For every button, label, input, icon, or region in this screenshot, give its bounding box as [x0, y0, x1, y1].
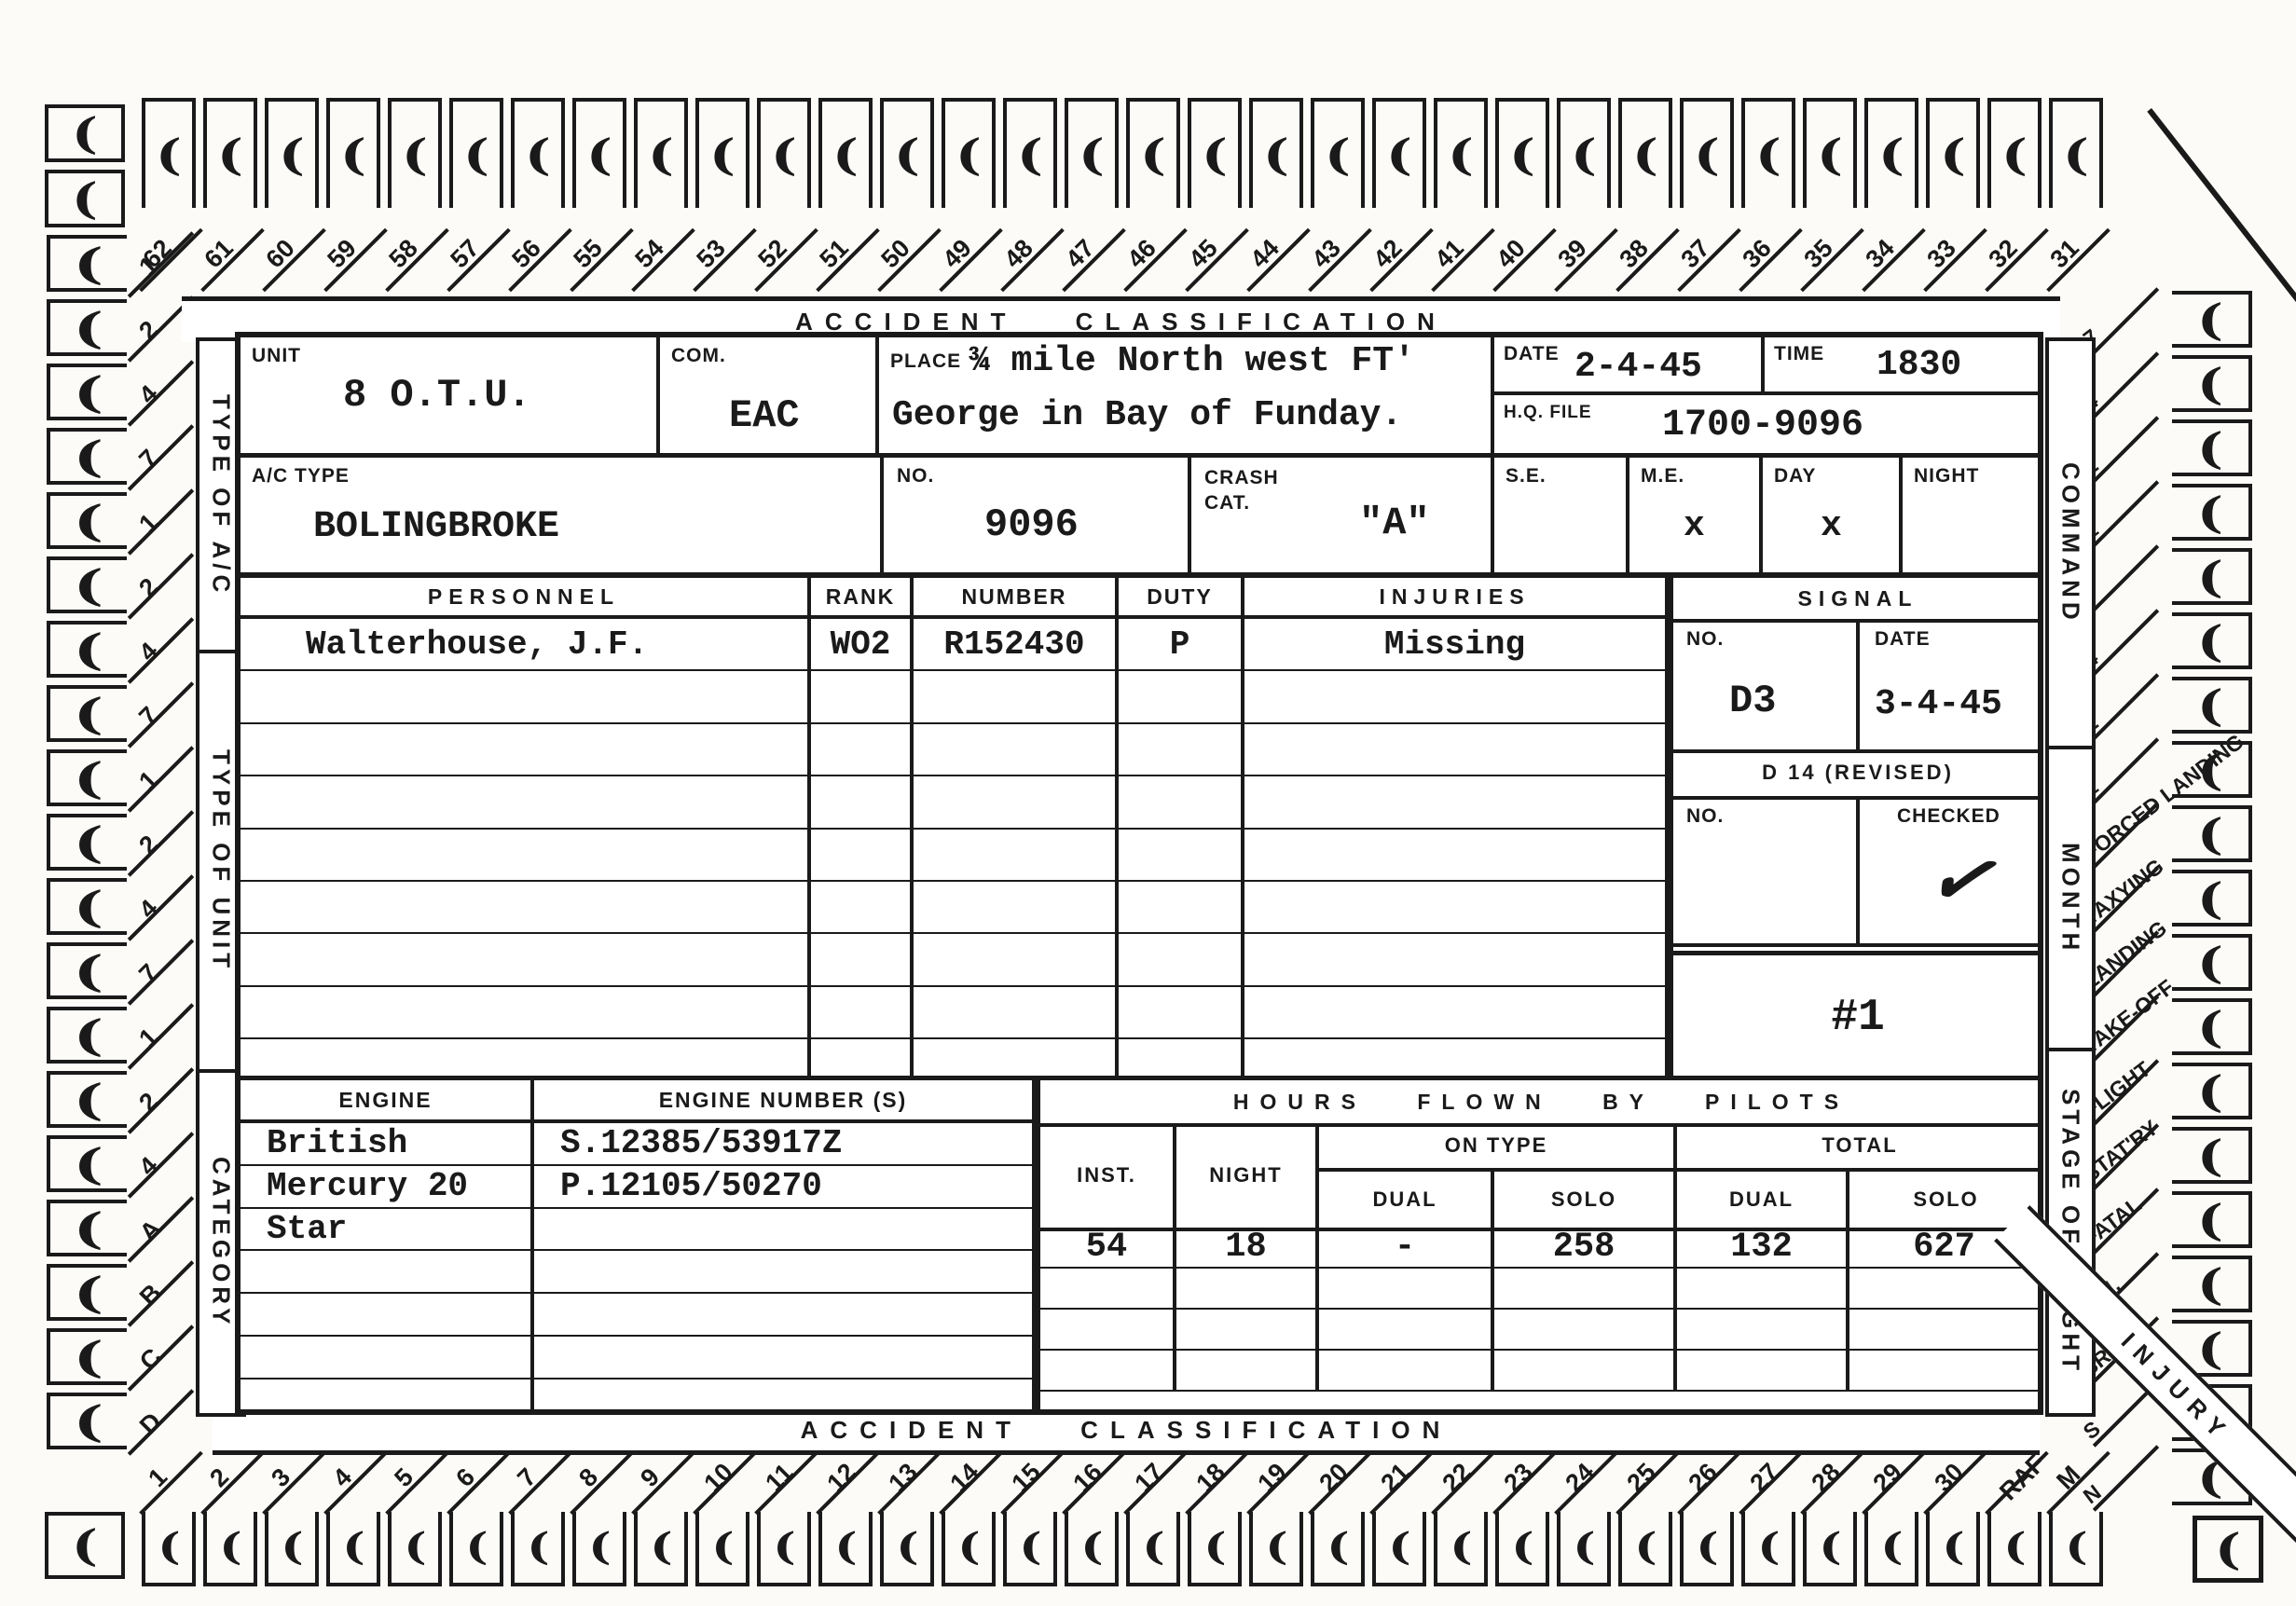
personnel-row [241, 724, 1669, 776]
punch-stub-label: 40 [1491, 234, 1531, 274]
time-label: TIME [1774, 343, 1824, 365]
personnel-rank [811, 882, 914, 932]
crescent-icon: ( [2197, 427, 2223, 470]
punch-tab: ( [265, 1512, 319, 1586]
punch-stub: FATAL ( [2088, 1189, 2256, 1254]
punch-stub: ( 7 [47, 426, 196, 490]
total-header: TOTAL [1677, 1123, 2042, 1172]
engine-number [534, 1209, 1036, 1250]
punch-stub: ( 35 [1801, 98, 1863, 298]
signal-no2-field: NO. [1673, 796, 1860, 943]
punch-stub-label: 60 [260, 234, 300, 274]
punch-stub: 15 ( [1001, 1450, 1063, 1590]
crescent-icon: ( [1817, 133, 1843, 176]
crescent-icon: ( [771, 133, 797, 176]
punch-stub-label: 30 [1929, 1458, 1969, 1498]
punch-stub-label: 18 [1190, 1458, 1230, 1498]
punch-stub-label: 22 [1437, 1458, 1477, 1498]
crescent-icon: ( [773, 1529, 796, 1566]
punch-stub: TAKE-OFF ( [2088, 996, 2256, 1061]
punch-stub: ( 43 [1309, 98, 1370, 298]
crescent-icon: ( [1265, 1529, 1288, 1566]
punch-tab: ( [47, 942, 127, 999]
date-label: DATE [1504, 343, 1560, 365]
punch-stub: ( 37 [1678, 98, 1739, 298]
punch-stub-label: 4 [133, 1151, 164, 1182]
signal-date-value: 3-4-45 [1875, 684, 2002, 724]
personnel-injuries [1244, 776, 1669, 827]
crescent-icon: ( [525, 133, 551, 176]
hours-night [1176, 1269, 1319, 1308]
crescent-icon: ( [74, 1400, 104, 1443]
hours-inst: 54 [1040, 1228, 1176, 1267]
punch-stub-label: 2 [133, 572, 164, 603]
punch-stub-label: 23 [1498, 1458, 1538, 1498]
personnel-name [241, 934, 811, 984]
punch-tab: ( [388, 98, 442, 208]
punch-tab: ( [1803, 98, 1857, 208]
engine-number [534, 1251, 1036, 1292]
crescent-icon: ( [74, 693, 104, 735]
punch-stub: 1 ( [140, 1450, 201, 1590]
punch-stub-label: 16 [1067, 1458, 1107, 1498]
hours-title: HOURS FLOWN BY PILOTS [1040, 1080, 2042, 1127]
punch-stub: ( A [47, 1198, 196, 1262]
punch-stub: ( 53 [694, 98, 755, 298]
band-label: ACCIDENT CLASSIFICATION [801, 1416, 1452, 1445]
punch-stub-label: D [134, 1407, 168, 1441]
punch-stub-label: S [2079, 1416, 2106, 1445]
crescent-icon: ( [158, 1529, 181, 1566]
punch-stub-label: 2 [133, 830, 164, 860]
crescent-icon: ( [834, 1529, 858, 1566]
date-field: DATE 2-4-45 [1494, 337, 1765, 395]
punch-tab: ( [1680, 98, 1734, 208]
punch-stub: 21 ( [1370, 1450, 1432, 1590]
punch-stub: ( 52 [755, 98, 817, 298]
personnel-rank [811, 987, 914, 1037]
punch-stub-label: 1 [133, 251, 164, 281]
punch-tab: ( [757, 98, 811, 208]
crescent-icon: ( [896, 1529, 919, 1566]
aircraft-no-label: NO. [897, 465, 934, 487]
punch-stub-label: 11 [760, 1458, 799, 1497]
hours-on-type-solo [1494, 1310, 1677, 1349]
crescent-icon: ( [2197, 1263, 2223, 1306]
punch-tab: ( [47, 749, 127, 806]
personnel-number [914, 882, 1119, 932]
personnel-number [914, 830, 1119, 880]
se-field: S.E. [1494, 458, 1629, 572]
crescent-icon: ( [2197, 1327, 2223, 1370]
punch-tab: ( [1926, 1512, 1980, 1586]
crescent-icon: ( [2197, 684, 2223, 727]
punch-stub: ( 59 [324, 98, 386, 298]
punch-stub-label: 57 [445, 234, 485, 274]
punch-stub-label: 51 [814, 234, 854, 274]
punch-tab: ( [2172, 1256, 2252, 1312]
crescent-icon: ( [281, 1529, 304, 1566]
punch-stub-label: 50 [875, 234, 915, 274]
personnel-number [914, 934, 1119, 984]
punch-tab: ( [757, 1512, 811, 1586]
crash-cat-label: CRASH CAT. [1204, 465, 1307, 516]
punch-stub: ( 1 [47, 233, 196, 297]
engine-row [241, 1294, 1036, 1337]
punch-tab: ( [2172, 1191, 2252, 1248]
hours-rows: 54 18 - 258 132 627 [1040, 1228, 2042, 1409]
crescent-icon: ( [74, 1078, 104, 1121]
punch-tab: ( [1311, 98, 1365, 208]
crescent-icon: ( [2197, 556, 2223, 598]
punch-stub: ( 7 [47, 940, 196, 1005]
punch-stub: ( 49 [940, 98, 1001, 298]
crash-cat-field: CRASH CAT. "A" [1191, 458, 1494, 572]
crescent-icon: ( [74, 757, 104, 800]
crescent-icon: ( [1263, 133, 1289, 176]
accident-form: UNIT 8 O.T.U. COM. EAC PLACE ¾ mile Nort… [235, 332, 2043, 1415]
crescent-icon: ( [74, 1207, 104, 1250]
engine-number-header: ENGINE NUMBER (S) [534, 1080, 1036, 1119]
signal-title: SIGNAL [1673, 578, 2042, 623]
punch-tab: ( [572, 1512, 626, 1586]
crescent-icon: ( [74, 1143, 104, 1186]
punch-stub-label: 54 [629, 234, 669, 274]
punch-tab: ( [2172, 612, 2252, 669]
me-label: M.E. [1641, 465, 1684, 487]
punch-tab: ( [47, 1328, 127, 1385]
number-header: NUMBER [914, 578, 1119, 615]
punch-stub: ( 38 [1616, 98, 1678, 298]
crescent-icon: ( [2197, 1070, 2223, 1113]
punch-stub: ( 2 [47, 555, 196, 619]
hq-file-label: H.Q. FILE [1504, 403, 1592, 423]
personnel-row [241, 776, 1669, 829]
on-type-dual-header: DUAL [1319, 1172, 1494, 1228]
corner-punch-tab: ( [45, 1512, 125, 1579]
crescent-icon: ( [1448, 133, 1474, 176]
engine-row [241, 1251, 1036, 1294]
punch-tab: ( [1249, 1512, 1303, 1586]
crescent-icon: ( [1694, 133, 1720, 176]
crescent-icon: ( [709, 133, 736, 176]
engine-name [241, 1337, 534, 1378]
punch-stub-label: 56 [506, 234, 546, 274]
punch-tab: ( [1557, 1512, 1611, 1586]
crescent-icon: ( [1573, 1529, 1596, 1566]
punch-stub-label: 46 [1121, 234, 1162, 274]
punch-stub: 16 ( [1063, 1450, 1124, 1590]
personnel-name: Walterhouse, J.F. [241, 619, 811, 669]
personnel-rank [811, 1039, 914, 1076]
punch-stub-label: 4 [133, 379, 164, 410]
day-value: x [1821, 506, 1842, 546]
punch-tab: ( [2172, 419, 2252, 476]
punch-tab: ( [47, 1135, 127, 1192]
punch-tab: ( [2049, 98, 2103, 208]
crescent-icon: ( [1509, 133, 1535, 176]
day-field: DAY x [1763, 458, 1903, 572]
me-value: x [1684, 506, 1705, 546]
hours-total-dual [1677, 1310, 1849, 1349]
hours-on-type-solo: 258 [1494, 1228, 1677, 1267]
punch-stub: ( 61 [201, 98, 263, 298]
punch-stub: 29 ( [1863, 1450, 1924, 1590]
place-value-line1: ¾ mile North west FT' [969, 341, 1415, 381]
unit-value: 8 O.T.U. [343, 373, 531, 418]
hours-inst [1040, 1269, 1176, 1308]
personnel-injuries [1244, 724, 1669, 775]
signal-tally-cell: #1 [1673, 951, 2042, 1080]
punch-stub: 17 ( [1124, 1450, 1186, 1590]
punch-stub-label: 29 [1867, 1458, 1907, 1498]
punch-stub: ( 51 [817, 98, 878, 298]
hours-on-type-dual [1319, 1310, 1494, 1349]
punch-stub-label: 48 [998, 234, 1038, 274]
punch-stub: ( 60 [263, 98, 324, 298]
crescent-icon: ( [2197, 298, 2223, 341]
crescent-icon: ( [342, 1529, 365, 1566]
punch-stub: 11 ( [755, 1450, 817, 1590]
com-value: EAC [729, 393, 800, 438]
hours-on-type-solo [1494, 1269, 1677, 1308]
night-label: NIGHT [1914, 465, 1979, 487]
punch-stub-label: 1 [143, 1462, 173, 1493]
hours-night [1176, 1310, 1319, 1349]
section-label-command: COMMAND [2049, 341, 2092, 746]
crescent-icon: ( [74, 885, 104, 928]
punch-tab: ( [2172, 291, 2252, 348]
on-type-solo-header: SOLO [1494, 1172, 1677, 1228]
punch-tab: ( [942, 98, 996, 208]
night-header: NIGHT [1176, 1123, 1319, 1228]
hours-on-type-solo [1494, 1351, 1677, 1390]
hq-file-field: H.Q. FILE 1700-9096 [1494, 399, 2038, 453]
punch-stub-label: 28 [1806, 1458, 1846, 1498]
personnel-duty [1119, 776, 1244, 827]
punch-tab: ( [2049, 1512, 2103, 1586]
punch-tab: ( [1864, 98, 1918, 208]
punch-tab: ( [47, 1200, 127, 1256]
punch-stub: FLIGHT ( [2088, 1061, 2256, 1125]
personnel-row [241, 882, 1669, 934]
punch-tab: ( [1065, 98, 1119, 208]
punch-stub: 24 ( [1555, 1450, 1616, 1590]
punch-stub-label: 27 [1744, 1458, 1784, 1498]
punch-tab: ( [695, 98, 749, 208]
engine-row: Star [241, 1209, 1036, 1252]
punch-tab: ( [1372, 1512, 1426, 1586]
engine-name: British [241, 1123, 534, 1164]
punch-tab: ( [2172, 484, 2252, 541]
punch-tab: ( [880, 1512, 934, 1586]
personnel-header-row: PERSONNEL RANK NUMBER DUTY INJURIES [241, 578, 1669, 619]
engine-name [241, 1380, 534, 1409]
crescent-icon: ( [956, 133, 982, 176]
punch-tab: ( [142, 98, 196, 208]
aircraft-no-value: 9096 [984, 502, 1079, 547]
date-value: 2-4-45 [1574, 347, 1702, 387]
punch-stub-label: 7 [133, 701, 164, 732]
signal-no-value: D3 [1729, 679, 1776, 723]
top-punch-edge: ( 62 ( 61 ( 60 ( 5 [140, 98, 2109, 298]
injuries-header: INJURIES [1244, 578, 1669, 615]
punch-stub-label: 14 [944, 1458, 984, 1498]
personnel-injuries [1244, 1039, 1669, 1076]
punch-stub-label: 1 [133, 765, 164, 796]
punch-stub-label: 37 [1675, 234, 1715, 274]
punch-stub: STAT'RY ( [2088, 1125, 2256, 1189]
crescent-icon: ( [72, 1524, 98, 1567]
crescent-icon: ( [156, 133, 182, 176]
crescent-icon: ( [74, 821, 104, 864]
signal-checked-label: CHECKED [1897, 805, 2000, 828]
punch-stub-label: 12 [821, 1458, 861, 1498]
personnel-name [241, 987, 811, 1037]
punch-tab: ( [47, 1264, 127, 1321]
punch-stub: 3 ( [263, 1450, 324, 1590]
punch-stub: 7 ( [2088, 546, 2256, 611]
punch-stub-label: 4 [327, 1462, 358, 1493]
personnel-duty [1119, 1039, 1244, 1076]
personnel-duty [1119, 882, 1244, 932]
personnel-name [241, 830, 811, 880]
punch-stub: 10 ( [694, 1450, 755, 1590]
signal-title-label: SIGNAL [1798, 586, 1918, 611]
punch-tab: ( [695, 1512, 749, 1586]
me-field: M.E. x [1629, 458, 1763, 572]
crescent-icon: ( [1940, 133, 1966, 176]
punch-stub-label: 7 [133, 958, 164, 989]
engine-row [241, 1337, 1036, 1380]
crescent-icon: ( [1203, 1529, 1227, 1566]
punch-stub-label: 32 [1983, 234, 2023, 274]
rank-header: RANK [811, 578, 914, 615]
personnel-rank [811, 830, 914, 880]
crescent-icon: ( [1696, 1529, 1719, 1566]
hours-row: 54 18 - 258 132 627 [1040, 1228, 2042, 1269]
crescent-icon: ( [586, 133, 612, 176]
punch-stub: 4 ( [2088, 353, 2256, 418]
section-label-month: MONTH [2049, 746, 2092, 1048]
hours-total-solo [1849, 1351, 2042, 1390]
punch-stub-label: 4 [133, 637, 164, 667]
crescent-icon: ( [74, 242, 104, 285]
punch-tab: ( [1188, 1512, 1242, 1586]
punch-stub-label: 45 [1183, 234, 1223, 274]
punch-stub: ( D [47, 1391, 196, 1455]
crescent-icon: ( [217, 133, 243, 176]
crescent-icon: ( [1450, 1529, 1473, 1566]
punch-stub: ( 4 [47, 362, 196, 426]
punch-stub-label: RAF [1994, 1449, 2051, 1506]
engine-name: Mercury 20 [241, 1166, 534, 1207]
crescent-icon: ( [2215, 1528, 2241, 1571]
personnel-injuries [1244, 882, 1669, 932]
crescent-icon: ( [2197, 1134, 2223, 1177]
hours-subheader: INST. NIGHT ON TYPE TOTAL DUAL SOLO DUAL… [1040, 1123, 2042, 1231]
hours-total-solo [1849, 1310, 2042, 1349]
crescent-icon: ( [711, 1529, 735, 1566]
punch-tab: ( [47, 556, 127, 613]
punch-stub: 28 ( [1801, 1450, 1863, 1590]
punch-tab: ( [265, 98, 319, 208]
crescent-icon: ( [1511, 1529, 1534, 1566]
crescent-icon: ( [74, 1336, 104, 1379]
punch-stub-label: 9 [635, 1462, 666, 1493]
crescent-icon: ( [1634, 1529, 1657, 1566]
personnel-duty [1119, 671, 1244, 721]
punch-stub: 4 ( [2088, 611, 2256, 675]
punch-tab: ( [47, 1007, 127, 1064]
punch-stub: ( 4 [47, 1133, 196, 1198]
punch-stub-label: 26 [1683, 1458, 1723, 1498]
unit-field: UNIT 8 O.T.U. [241, 337, 660, 453]
hours-row [1040, 1269, 2042, 1310]
punch-tab: ( [1741, 1512, 1795, 1586]
corner-punch-tab: ( [45, 170, 125, 227]
punch-stub: 1 ( [2088, 482, 2256, 546]
corner-punch-tab: ( [2193, 1516, 2263, 1583]
engine-row: Mercury 20 P.12105/50270 [241, 1166, 1036, 1209]
punch-tab: ( [880, 98, 934, 208]
hours-total-dual [1677, 1269, 1849, 1308]
crescent-icon: ( [463, 133, 489, 176]
punch-stub-label: 1 [133, 508, 164, 539]
crescent-icon: ( [1632, 133, 1658, 176]
crescent-icon: ( [527, 1529, 550, 1566]
engine-header: ENGINE [241, 1080, 534, 1119]
punch-stub: 20 ( [1309, 1450, 1370, 1590]
crescent-icon: ( [1571, 133, 1597, 176]
duty-header: DUTY [1119, 578, 1244, 615]
punch-stub-label: B [134, 1279, 168, 1312]
punch-stub-label: 24 [1560, 1458, 1600, 1498]
signal-no2-label: NO. [1686, 805, 1724, 828]
punch-stub: 23 ( [1493, 1450, 1555, 1590]
engine-number [534, 1294, 1036, 1335]
personnel-row: Walterhouse, J.F. WO2 R152430 P Missing [241, 619, 1669, 671]
on-type-header: ON TYPE [1319, 1123, 1677, 1172]
punch-tab: ( [634, 98, 688, 208]
punch-tab: ( [449, 98, 503, 208]
hours-on-type-dual [1319, 1351, 1494, 1390]
punch-tab: ( [1987, 98, 2042, 208]
crescent-icon: ( [2197, 941, 2223, 984]
engine-rows: British S.12385/53917Z Mercury 20 P.1210… [241, 1123, 1036, 1409]
crescent-icon: ( [219, 1529, 242, 1566]
punch-stub-label: 35 [1798, 234, 1838, 274]
punch-tab: ( [47, 299, 127, 356]
crescent-icon: ( [894, 133, 920, 176]
punch-stub: ( 4 [47, 876, 196, 940]
punch-stub-label: 39 [1552, 234, 1592, 274]
crescent-icon: ( [2197, 363, 2223, 405]
punch-tab: ( [2172, 1063, 2252, 1119]
personnel-row [241, 934, 1669, 986]
punch-tab: ( [1495, 1512, 1549, 1586]
crescent-icon: ( [648, 133, 674, 176]
crescent-icon: ( [340, 133, 366, 176]
punch-stub: ( 57 [447, 98, 509, 298]
punch-stub: ( 54 [632, 98, 694, 298]
punch-stub-label: 55 [568, 234, 608, 274]
personnel-row [241, 671, 1669, 723]
personnel-name [241, 776, 811, 827]
punch-tab: ( [1434, 1512, 1488, 1586]
punch-stub: ( B [47, 1262, 196, 1326]
hours-on-type-dual: - [1319, 1228, 1494, 1267]
